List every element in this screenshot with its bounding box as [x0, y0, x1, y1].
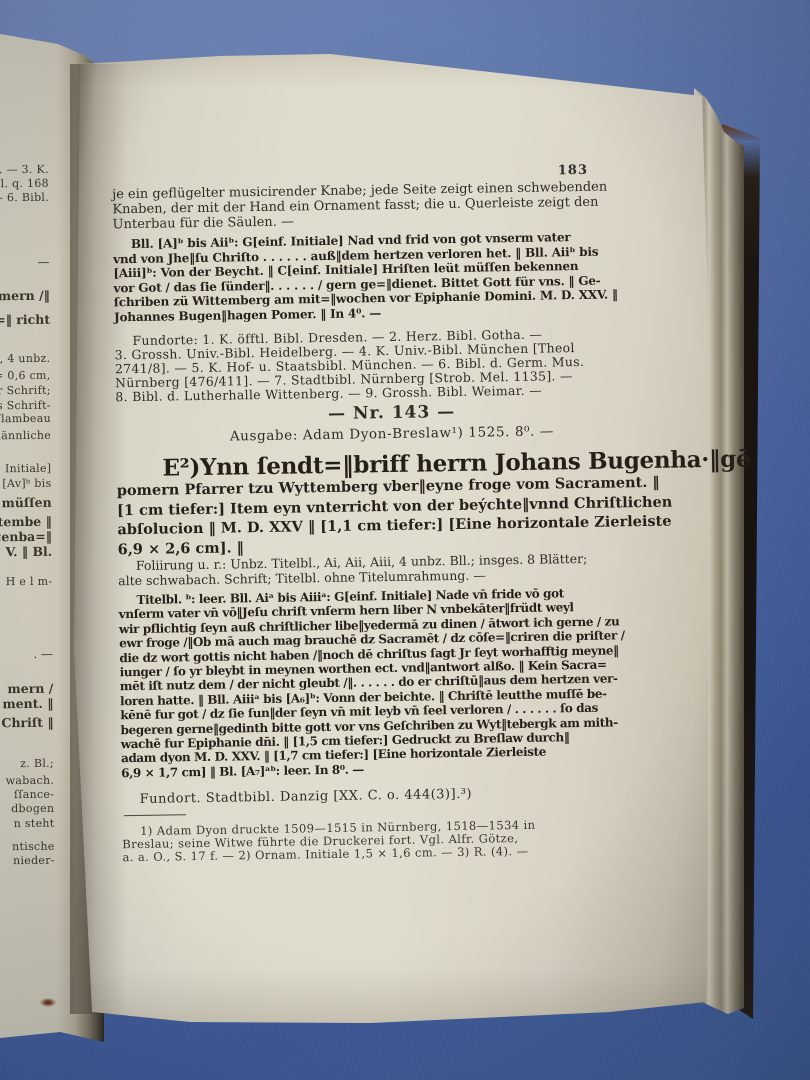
block-intro-paragraph: je ein geflügelter musicirender Knabe; j…	[112, 179, 665, 233]
facing-page-text-fragment: r Schrift;	[0, 384, 51, 397]
facing-page-text-fragment: es Schrift-	[0, 399, 51, 413]
facing-page-text-fragment: wabach.	[6, 774, 55, 787]
facing-page-text-fragment: ugenba=‖	[0, 529, 52, 545]
facing-page-text-fragment: H e l m-	[6, 575, 53, 588]
text-blocks: je ein geflügelter musicirender Knabe; j…	[112, 179, 675, 865]
facing-page-text-fragment: Chriſt ‖	[1, 715, 53, 730]
facing-page-text-fragment: n. — 3. K.	[0, 163, 49, 176]
facing-page-text-fragment: ſſance-	[14, 788, 54, 801]
block-titelbl-paragraph: Titelbl. ᵇ: leer. Bll. Aiᵃ bis Aiiiᵃ: G[…	[118, 585, 673, 781]
facing-page-text-fragment: . Initiale]	[0, 462, 51, 475]
facing-page-text-fragment: Theol. q. 168	[0, 177, 49, 191]
facing-page-text-fragment: Flambeau	[0, 412, 51, 426]
facing-page-text-fragment: [Av]ᵇ bis	[2, 477, 51, 490]
facing-page-text-fragment: —	[38, 255, 50, 269]
facing-page-text-fragment: Pomern /‖	[0, 288, 50, 304]
block-title-transcription: E²)Ynn ſendt=‖briff herrn Johans Bugenha…	[116, 448, 670, 560]
facing-page-text-fragment: mern /	[7, 681, 53, 696]
facing-page-text-fragment: dbogen	[11, 802, 54, 815]
facing-page-text-fragment: , 4 unbz.	[0, 352, 50, 365]
facing-page-text: n. — 3. K.Theol. q. 168— 6. Bibl.—Pomern…	[0, 0, 59, 1080]
footnote-separator-rule	[124, 815, 186, 817]
facing-page-text-fragment: g= 0,6 cm,	[0, 369, 51, 383]
facing-page-text-fragment: nieder-	[13, 854, 55, 867]
block-fundort-line: Fundort. Stadtbibl. Danzig [XX. C. o. 44…	[122, 785, 674, 808]
block-foliirung-paragraph: Foliirung u. r.: Unbz. Titelbl., Ai, Aii…	[118, 551, 670, 589]
block-bll-paragraph: Bll. [A]ᵇ bis Aiiᵇ: G[einf. Initiale] Na…	[113, 229, 666, 325]
facing-page-text-fragment: männliche	[0, 429, 51, 443]
text-line: Ausgabe: Adam Dyon-Breslaw¹) 1525. 8⁰. —	[116, 422, 668, 447]
block-ausgabe-line: Ausgabe: Adam Dyon-Breslaw¹) 1525. 8⁰. —	[116, 422, 668, 447]
page-number: 183	[558, 163, 588, 178]
facing-page-text-fragment: ment. ‖	[2, 696, 53, 711]
facing-page-text-fragment: ‖ müſſen	[0, 495, 52, 511]
facing-page-text-fragment: V. ‖ Bl.	[6, 544, 53, 559]
text-line: Fundort. Stadtbibl. Danzig [XX. C. o. 44…	[122, 785, 674, 808]
book-photo-scene: n. — 3. K.Theol. q. 168— 6. Bibl.—Pomern…	[0, 0, 810, 1080]
facing-page-text-fragment: z. Bl.;	[20, 757, 54, 770]
facing-page-text-fragment: ittembe ‖	[0, 514, 52, 530]
page-text-layer: 183 je ein geflügelter musicirender Knab…	[112, 179, 675, 865]
facing-page-text-fragment: rr=‖ richt	[0, 312, 50, 328]
facing-page-text-fragment: n steht	[14, 817, 55, 830]
block-footnote-separator	[122, 807, 674, 817]
facing-page-text-fragment: — 6. Bibl.	[0, 191, 49, 204]
facing-page-text-fragment: ntische	[12, 840, 55, 853]
facing-page-text-fragment: . —	[33, 647, 53, 661]
block-fundorte-paragraph: Fundorte: 1. K. öfftl. Bibl. Dresden. — …	[114, 326, 667, 405]
